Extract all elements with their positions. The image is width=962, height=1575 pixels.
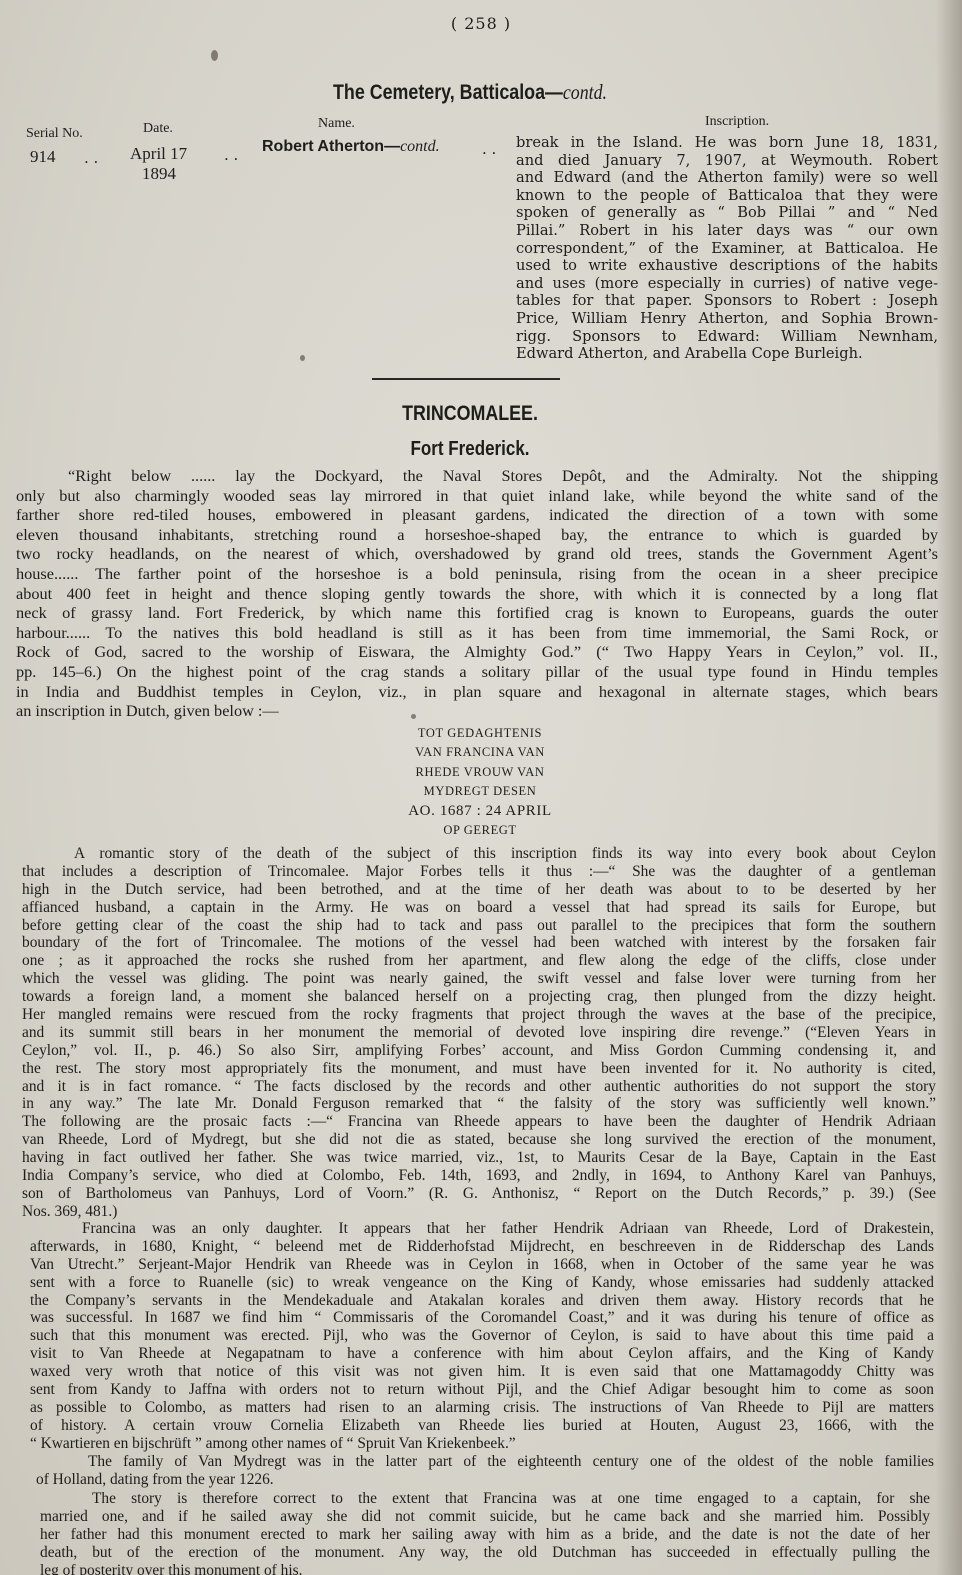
paragraph-family: The family of Van Mydregt was in the lat… (36, 1453, 934, 1489)
leader-dots: . . (84, 149, 98, 167)
header-date: Date. (143, 121, 173, 137)
paragraph-quote: “Right below ...... lay the Dockyard, th… (16, 466, 938, 721)
header-inscription: Inscription. (705, 114, 769, 130)
section-title: The Cemetery, Batticaloa—contd. (71, 80, 870, 105)
leader-dots: . . (482, 140, 496, 158)
paragraph-francina: Francina was an only daughter. It appear… (30, 1220, 934, 1453)
paragraph-conclusion: The story is therefore correct to the ex… (40, 1490, 930, 1575)
inscription-text: break in the Island. He was born June 18… (516, 134, 938, 363)
header-serial: Serial No. (26, 126, 83, 142)
ink-spot (300, 355, 305, 361)
town-heading: TRINCOMALEE. (71, 402, 870, 426)
serial-number: 914 (30, 147, 56, 167)
entry-name: Robert Atherton—contd. (262, 138, 440, 156)
date-day: April 17 (130, 144, 187, 164)
scanned-page: ( 258 ) The Cemetery, Batticaloa—contd. … (0, 0, 962, 1575)
date-year: 1894 (142, 164, 176, 184)
leader-dots: . . (224, 146, 238, 164)
ink-spot (211, 50, 218, 61)
section-divider (372, 378, 560, 380)
header-name: Name. (318, 116, 355, 132)
page-number: ( 258 ) (0, 14, 962, 33)
dutch-inscription: TOT GEDAGHTENIS VAN FRANCINA VAN RHEDE V… (300, 724, 660, 840)
subsection-heading: Fort Frederick. (71, 438, 870, 461)
paragraph-romantic-story: A romantic story of the death of the sub… (22, 845, 936, 1221)
